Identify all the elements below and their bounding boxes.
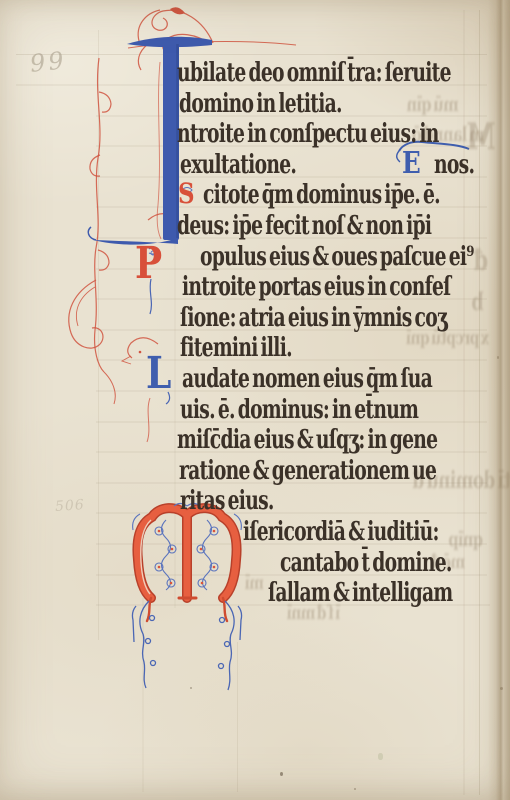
- initial-P: P: [135, 238, 162, 289]
- text-line: citote q̄m dominus ip̄e. ē.: [203, 180, 440, 211]
- initial-M-art: [132, 504, 241, 691]
- bleedthrough-text: b: [472, 287, 484, 316]
- text-line: ratione & generationem ue: [179, 456, 436, 487]
- text-line: iſericordiā & iuditiū:: [243, 517, 439, 548]
- bleedthrough-text: qnīp: [449, 527, 483, 551]
- parchment-stain: [378, 753, 383, 760]
- text-line: ritas eius.: [180, 486, 274, 517]
- text-line: miſc̄dia eius & uſqʒ: in gene: [177, 425, 437, 456]
- initial-S: S: [178, 177, 195, 210]
- initial-L: L: [146, 348, 171, 399]
- text-line: deus: ip̄e fecit noſ & non ip̄i: [177, 211, 431, 242]
- pencil-folio-number: 99: [29, 46, 68, 78]
- text-line: ubilate deo omniſ t̄ra: ſeruite: [177, 58, 451, 89]
- manuscript-page: mū qīn m lannd ō M đ b x prcptū qnī…: [0, 0, 510, 800]
- parchment-speck: [280, 772, 283, 776]
- initial-M-descenders: [132, 601, 241, 690]
- text-line: cantabo t̄ domine.: [280, 548, 452, 579]
- text-line: fitemini illi.: [180, 333, 292, 364]
- text-line: uis. ē. dominus: in et̄num: [180, 395, 418, 426]
- pencil-margin-annotation: 506: [54, 497, 85, 515]
- text-line: ſione: atria eius in ȳmnis coʒ: [180, 303, 447, 334]
- filler-text: nos.: [434, 150, 474, 181]
- initial-E-filler: E: [402, 146, 421, 181]
- parchment-speck: [354, 788, 356, 790]
- parchment-speck: [190, 687, 192, 689]
- text-line: ntroite in conſpectu eius: in: [177, 119, 439, 150]
- text-line: exultatione.: [180, 150, 296, 181]
- bleedthrough-text: đ: [474, 244, 488, 277]
- text-line: opulus eius & oues paſcue ei⁹: [200, 242, 474, 273]
- text-line: ſallam & intelligam: [268, 578, 452, 609]
- text-line: audate nomen eius q̄m ſua: [182, 364, 432, 395]
- bleedthrough-text: mū qīn: [407, 92, 459, 116]
- text-line: introite portas eius in confeſ: [182, 272, 451, 303]
- parchment-speck: [500, 687, 503, 690]
- text-line: domino in letitia.: [179, 89, 342, 120]
- bleedthrough-text: mī: [245, 572, 264, 594]
- parchment-speck: [497, 356, 499, 359]
